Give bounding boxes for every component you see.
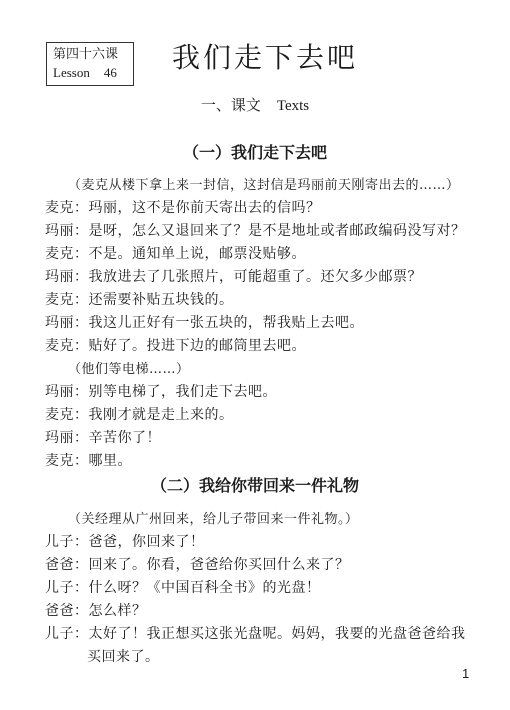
- dialog-line: 爸爸：回来了。你看，爸爸给你买回什么来了？: [45, 554, 485, 577]
- dialog-line: 爸爸：怎么样？: [45, 600, 485, 623]
- speaker-label: 麦克：: [45, 200, 89, 216]
- speaker-label: 麦克：: [45, 246, 89, 262]
- dialog-line: 麦克：我刚才就是走上来的。: [45, 404, 485, 427]
- dialog-line: 麦克：玛丽，这不是你前天寄出去的信吗？: [45, 197, 485, 220]
- line-text: 不是。通知单上说，邮票没贴够。: [89, 246, 307, 262]
- speaker-label: 玛丽：: [45, 384, 89, 400]
- dialog-line: 买回来了。: [45, 646, 485, 669]
- speaker-label: 儿子：: [45, 534, 89, 550]
- speaker-label: 麦克：: [45, 338, 89, 354]
- line-text: 玛丽，这不是你前天寄出去的信吗？: [89, 200, 321, 216]
- line-text: 什么呀？《中国百科全书》的光盘！: [89, 580, 321, 596]
- lesson-title: 我们走下去吧: [172, 36, 358, 76]
- line-text: 回来了。你看，爸爸给你买回什么来了？: [89, 557, 350, 573]
- line-text: （他们等电梯……）: [68, 362, 190, 377]
- speaker-label: 儿子：: [45, 626, 89, 642]
- part1-title: （一）我们走下去吧: [0, 140, 510, 163]
- part2-title: （二）我给你带回来一件礼物: [0, 473, 510, 496]
- line-text: 我刚才就是走上来的。: [89, 407, 234, 423]
- dialog-line: 儿子：什么呀？《中国百科全书》的光盘！: [45, 577, 485, 600]
- speaker-label: 儿子：: [45, 580, 89, 596]
- lesson-number-english: Lesson46: [53, 64, 127, 82]
- line-text: 辛苦你了！: [89, 430, 162, 446]
- speaker-label: 玛丽：: [45, 223, 89, 239]
- stage-direction: （麦克从楼下拿上来一封信，这封信是玛丽前天刚寄出去的……）: [45, 174, 485, 197]
- line-text: 怎么样？: [89, 603, 147, 619]
- section-heading-english: Texts: [277, 98, 309, 114]
- speaker-label: 麦克：: [45, 453, 89, 469]
- line-text: 是呀，怎么又退回来了？是不是地址或者邮政编码没写对？: [89, 223, 466, 239]
- line-text: 太好了！我正想买这张光盘呢。妈妈，我要的光盘爸爸给我: [89, 626, 466, 642]
- speaker-label: 玛丽：: [45, 269, 89, 285]
- lesson-number: 46: [104, 65, 117, 80]
- speaker-label: 爸爸：: [45, 603, 89, 619]
- section-heading: 一、课文Texts: [0, 94, 510, 115]
- speaker-label: 玛丽：: [45, 315, 89, 331]
- lesson-word: Lesson: [53, 65, 90, 80]
- stage-direction: （他们等电梯……）: [45, 358, 485, 381]
- speaker-label: 爸爸：: [45, 557, 89, 573]
- dialog-line: 玛丽：是呀，怎么又退回来了？是不是地址或者邮政编码没写对？: [45, 220, 485, 243]
- dialog-line: 玛丽：我这儿正好有一张五块的，帮我贴上去吧。: [45, 312, 485, 335]
- part1-dialog: （麦克从楼下拿上来一封信，这封信是玛丽前天刚寄出去的……）麦克：玛丽，这不是你前…: [45, 174, 485, 473]
- line-text: 还需要补贴五块钱的。: [89, 292, 234, 308]
- line-text: 爸爸，你回来了！: [89, 534, 205, 550]
- line-text: 贴好了。投进下边的邮筒里去吧。: [89, 338, 307, 354]
- dialog-line: 麦克：贴好了。投进下边的邮筒里去吧。: [45, 335, 485, 358]
- line-text: 哪里。: [89, 453, 133, 469]
- line-text: （关经理从广州回来，给儿子带回来一件礼物。）: [68, 512, 359, 527]
- speaker-label: 麦克：: [45, 407, 89, 423]
- line-text: 别等电梯了，我们走下去吧。: [89, 384, 278, 400]
- line-text: （麦克从楼下拿上来一封信，这封信是玛丽前天刚寄出去的……）: [68, 178, 460, 193]
- dialog-line: 麦克：不是。通知单上说，邮票没贴够。: [45, 243, 485, 266]
- dialog-line: 麦克：哪里。: [45, 450, 485, 473]
- lesson-label-box: 第四十六课 Lesson46: [46, 42, 134, 86]
- dialog-line: 玛丽：别等电梯了，我们走下去吧。: [45, 381, 485, 404]
- dialog-line: 玛丽：辛苦你了！: [45, 427, 485, 450]
- part2-dialog: （关经理从广州回来，给儿子带回来一件礼物。）儿子：爸爸，你回来了！爸爸：回来了。…: [45, 508, 485, 669]
- line-text: 我放进去了几张照片，可能超重了。还欠多少邮票？: [89, 269, 423, 285]
- dialog-line: 儿子：爸爸，你回来了！: [45, 531, 485, 554]
- dialog-line: 玛丽：我放进去了几张照片，可能超重了。还欠多少邮票？: [45, 266, 485, 289]
- speaker-label: 麦克：: [45, 292, 89, 308]
- dialog-line: 儿子：太好了！我正想买这张光盘呢。妈妈，我要的光盘爸爸给我: [45, 623, 485, 646]
- speaker-label: 玛丽：: [45, 430, 89, 446]
- stage-direction: （关经理从广州回来，给儿子带回来一件礼物。）: [45, 508, 485, 531]
- page-number: 1: [462, 666, 469, 681]
- line-text: 我这儿正好有一张五块的，帮我贴上去吧。: [89, 315, 365, 331]
- lesson-number-chinese: 第四十六课: [53, 45, 127, 64]
- line-text: 买回来了。: [87, 649, 160, 665]
- section-heading-chinese: 一、课文: [201, 96, 261, 114]
- dialog-line: 麦克：还需要补贴五块钱的。: [45, 289, 485, 312]
